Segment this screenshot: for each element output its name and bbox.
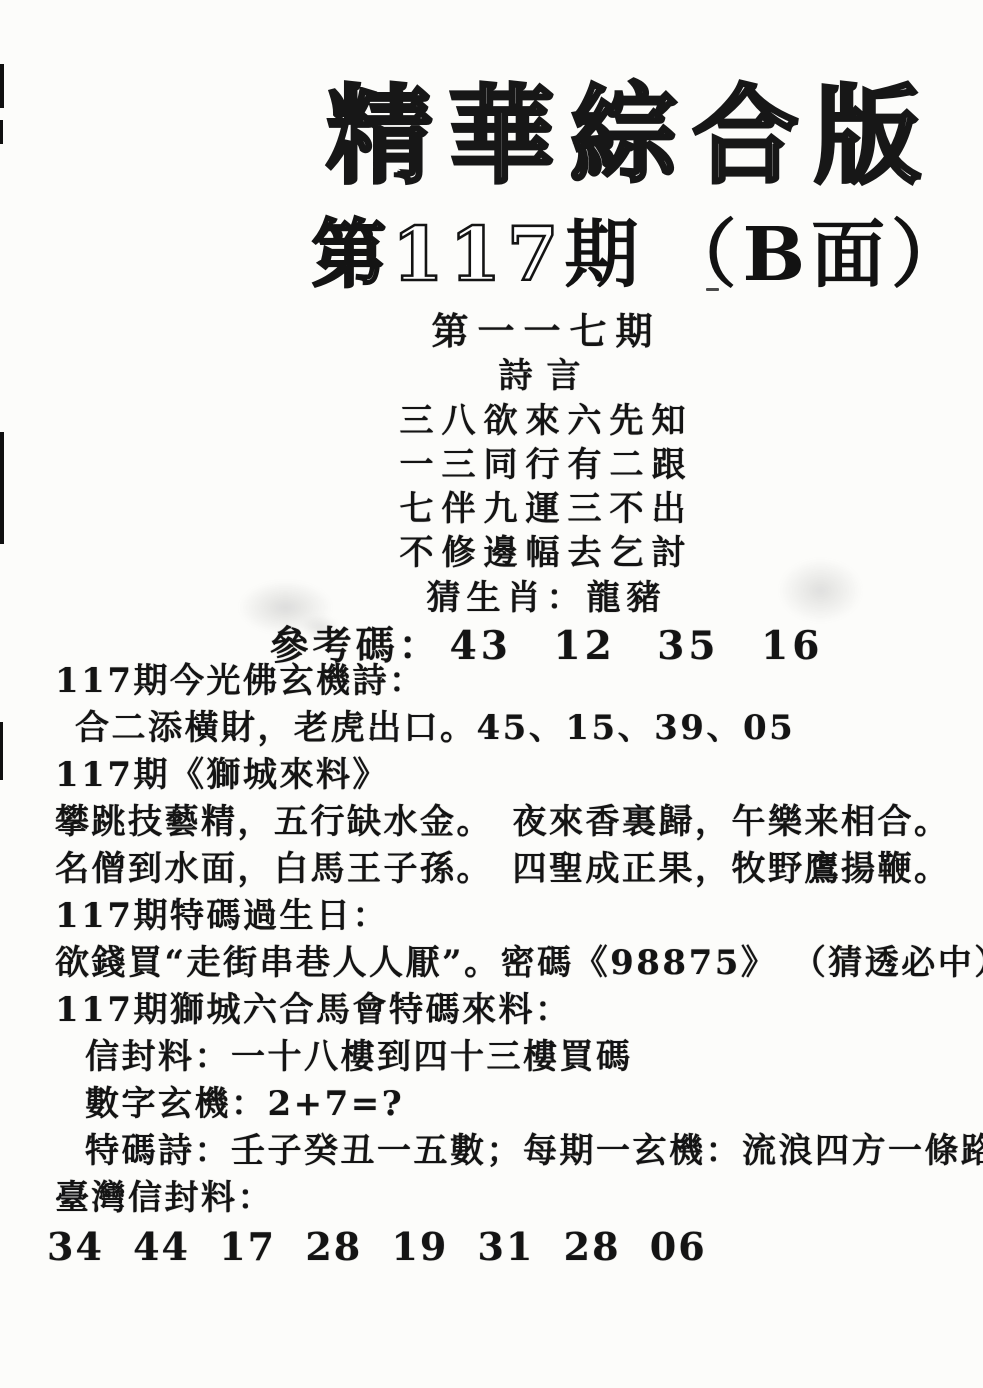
- line-number-riddle: 數字玄機：2+7=?: [55, 1081, 973, 1128]
- issue-heading: 第117期（B面）: [0, 196, 983, 302]
- heading-shicheng-info: 117期《獅城來料》: [55, 752, 973, 799]
- line-shicheng-poem-1: 攀跳技藝精，五行缺水金。 夜來香裏歸，午樂来相合。: [55, 799, 973, 846]
- heading-mahui-info: 117期獅城六合馬會特碼來料：: [55, 987, 973, 1034]
- line-special-code-poem: 特碼詩：壬子癸丑一五數；每期一玄機：流浪四方一條路: [55, 1128, 973, 1175]
- line-shicheng-poem-2: 名僧到水面，白馬王子孫。 四聖成正果，牧野鷹揚鞭。: [55, 846, 973, 893]
- heading-xuanji-poem: 117期今光佛玄機詩：: [55, 658, 973, 705]
- poem-line: 不修邊幅去乞討: [110, 531, 983, 575]
- scan-artifact-edge: [0, 722, 3, 780]
- issue-side-label: （B面）: [662, 212, 971, 298]
- heading-taiwan-envelope: 臺灣信封料：: [55, 1175, 973, 1222]
- poem-line: 三八欲來六先知: [110, 399, 983, 443]
- poem-line: 一三同行有二跟: [110, 443, 983, 487]
- line-taiwan-numbers: 34 44 17 28 19 31 28 06: [47, 1222, 973, 1272]
- zodiac-guess-line: 猜生肖：龍豬: [110, 576, 983, 620]
- poem-line: 七伴九運三不出: [110, 487, 983, 531]
- issue-suffix: 期: [564, 212, 644, 298]
- zodiac-label: 猜生肖：: [427, 578, 587, 618]
- scanned-tipsheet-page: 精華綜合版 第117期（B面） 第一一七期 詩言 三八欲來六先知 一三同行有二跟…: [0, 0, 983, 1388]
- issue-prefix: 第: [312, 212, 392, 298]
- issue-number-chinese: 第一一七期: [110, 308, 983, 354]
- tips-body: 117期今光佛玄機詩： 合二添橫財，老虎出口。45、15、39、05 117期《…: [55, 658, 973, 1272]
- masthead-title: 精華綜合版: [0, 52, 983, 204]
- scan-artifact-dash: [706, 288, 719, 291]
- line-envelope-material: 信封料：一十八樓到四十三樓買碼: [55, 1034, 973, 1081]
- poem-heading: 詩言: [110, 354, 983, 399]
- poem-block: 第一一七期 詩言 三八欲來六先知 一三同行有二跟 七伴九運三不出 不修邊幅去乞討…: [0, 308, 983, 670]
- heading-special-birthday: 117期特碼過生日：: [55, 893, 973, 940]
- issue-number: 117: [392, 212, 564, 298]
- line-birthday-riddle: 欲錢買“走街串巷人人厭”。密碼《98875》 （猜透必中）: [55, 940, 973, 987]
- zodiac-value: 龍豬: [587, 578, 667, 618]
- line-xuanji-result: 合二添橫財，老虎出口。45、15、39、05: [55, 705, 973, 752]
